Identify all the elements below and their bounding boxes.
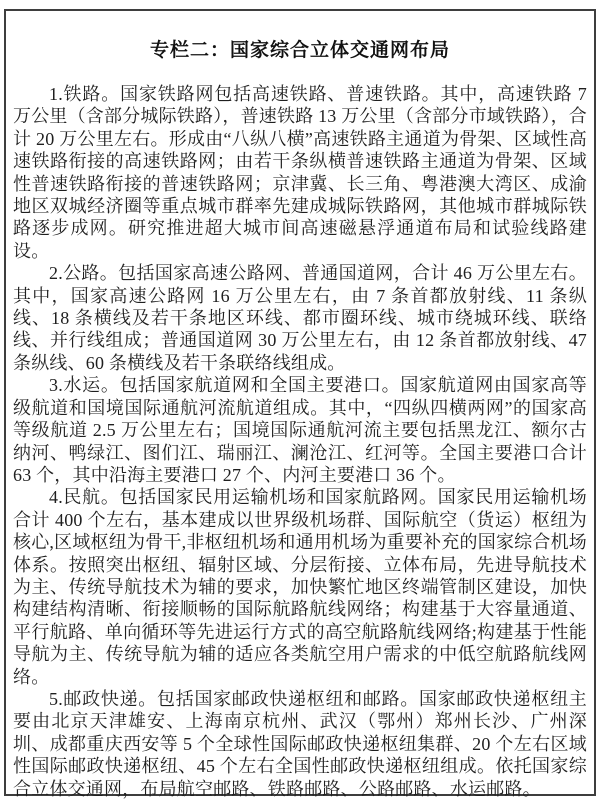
document-box: 专栏二：国家综合立体交通网布局 1.铁路。国家铁路网包括高速铁路、普速铁路。其中…	[4, 9, 596, 796]
paragraph-waterway: 3.水运。包括国家航道网和全国主要港口。国家航道网由国家高等级航道和国境国际通航…	[13, 374, 587, 486]
paragraph-civil-aviation: 4.民航。包括国家民用运输机场和国家航路网。国家民用运输机场合计 400 个左右…	[13, 486, 587, 688]
paragraph-railway: 1.铁路。国家铁路网包括高速铁路、普速铁路。其中，高速铁路 7 万公里（含部分城…	[13, 83, 587, 262]
box-title: 专栏二：国家综合立体交通网布局	[13, 39, 587, 63]
document-body: 1.铁路。国家铁路网包括高速铁路、普速铁路。其中，高速铁路 7 万公里（含部分城…	[13, 83, 587, 800]
paragraph-postal-express: 5.邮政快递。包括国家邮政快递枢纽和邮路。国家邮政快递枢纽主要由北京天津雄安、上…	[13, 688, 587, 800]
paragraph-highway: 2.公路。包括国家高速公路网、普通国道网，合计 46 万公里左右。其中，国家高速…	[13, 262, 587, 374]
